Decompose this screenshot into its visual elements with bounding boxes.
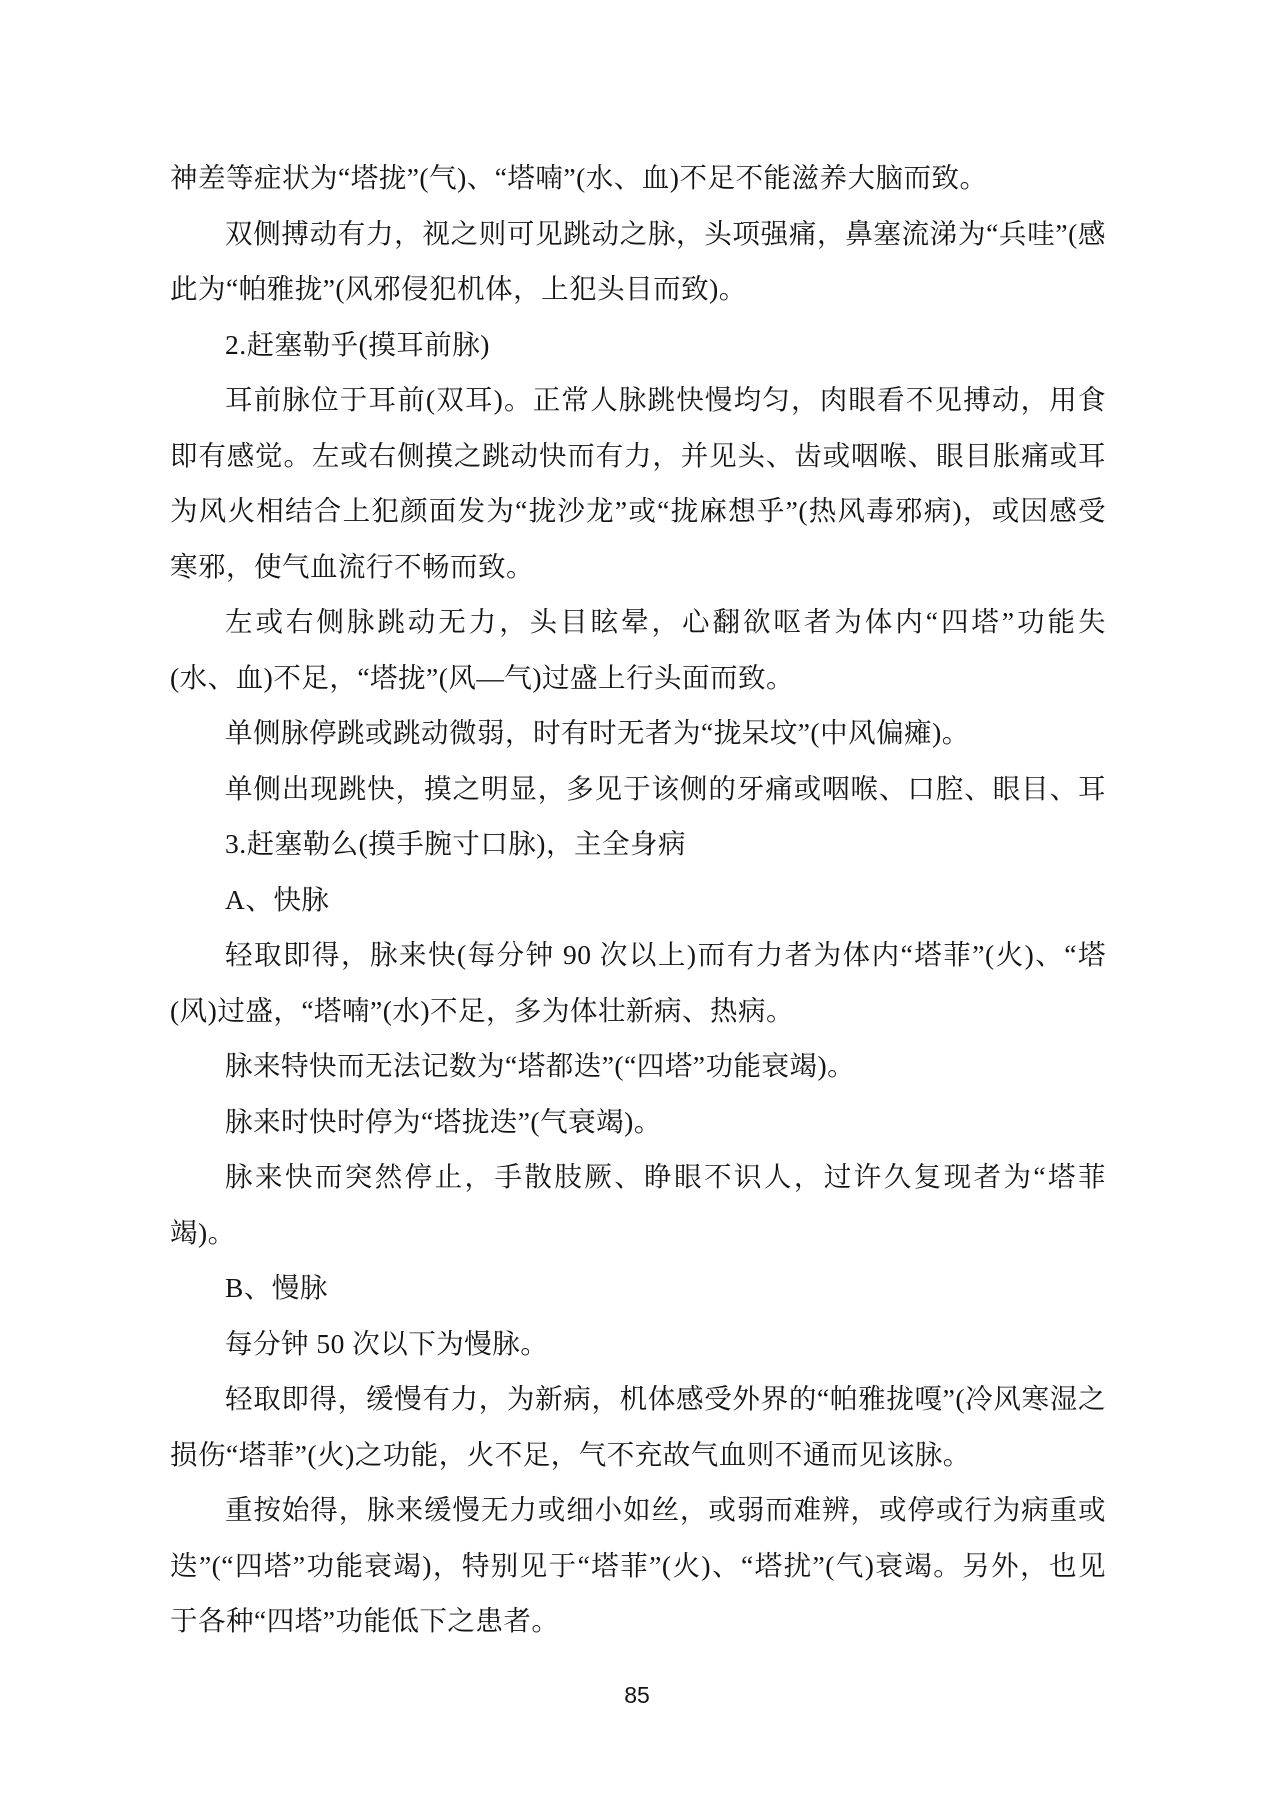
- text-line: 3.赶塞勒么(摸手腕寸口脉)，主全身病: [170, 816, 1106, 872]
- text-line: 单侧出现跳快，摸之明显，多见于该侧的牙痛或咽喉、口腔、眼目、耳疼痛。: [170, 761, 1106, 817]
- text-line: 耳前脉位于耳前(双耳)。正常人脉跳快慢均匀，肉眼看不见搏动，用食指肚摸之: [170, 372, 1106, 428]
- text-line: 损伤“塔菲”(火)之功能，火不足，气不充故气血则不通而见该脉。: [170, 1427, 1106, 1483]
- text-line: 此为“帕雅拢”(风邪侵犯机体，上犯头目而致)。: [170, 261, 1106, 317]
- text-line: (风)过盛，“塔喃”(水)不足，多为体壮新病、热病。: [170, 983, 1106, 1039]
- text-line: 竭)。: [170, 1205, 1106, 1261]
- text-line: B、慢脉: [170, 1260, 1106, 1316]
- text-line: 脉来快而突然停止，手散肢厥、睁眼不识人，过许久复现者为“塔菲迭”(火衰: [170, 1149, 1106, 1205]
- text-line: 轻取即得，脉来快(每分钟 90 次以上)而有力者为体内“塔菲”(火)、“塔拢”: [170, 927, 1106, 983]
- text-line: 寒邪，使气血流行不畅而致。: [170, 539, 1106, 595]
- text-line: 左或右侧脉跳动无力，头目眩晕，心翻欲呕者为体内“四塔”功能失调，“塔喃”: [170, 594, 1106, 650]
- text-line: 于各种“四塔”功能低下之患者。: [170, 1593, 1106, 1649]
- document-page: 神差等症状为“塔拢”(气)、“塔喃”(水、血)不足不能滋养大脑而致。双侧搏动有力…: [0, 0, 1274, 1801]
- text-line: 脉来时快时停为“塔拢迭”(气衰竭)。: [170, 1094, 1106, 1150]
- text-line: 迭”(“四塔”功能衰竭)，特别见于“塔菲”(火)、“塔扰”(气)衰竭。另外，也见: [170, 1538, 1106, 1594]
- text-line: 双侧搏动有力，视之则可见跳动之脉，头项强痛，鼻塞流涕为“兵哇”(感冒)，: [170, 206, 1106, 262]
- text-line: 即有感觉。左或右侧摸之跳动快而有力，并见头、齿或咽喉、眼目胀痛或耳内外疼痛: [170, 428, 1106, 484]
- text-line: 单侧脉停跳或跳动微弱，时有时无者为“拢呆坟”(中风偏瘫)。: [170, 705, 1106, 761]
- text-line: 脉来特快而无法记数为“塔都迭”(“四塔”功能衰竭)。: [170, 1038, 1106, 1094]
- text-line: 2.赶塞勒乎(摸耳前脉): [170, 317, 1106, 373]
- text-line: 轻取即得，缓慢有力，为新病，机体感受外界的“帕雅拢嘎”(冷风寒湿之邪)而: [170, 1371, 1106, 1427]
- text-line: 神差等症状为“塔拢”(气)、“塔喃”(水、血)不足不能滋养大脑而致。: [170, 150, 1106, 206]
- text-line: 为风火相结合上犯颜面发为“拢沙龙”或“拢麻想乎”(热风毒邪病)，或因感受冷风: [170, 483, 1106, 539]
- page-number: 85: [624, 1682, 650, 1708]
- text-line: A、快脉: [170, 872, 1106, 928]
- text-line: 每分钟 50 次以下为慢脉。: [170, 1316, 1106, 1372]
- text-line: (水、血)不足，“塔拢”(风—气)过盛上行头面而致。: [170, 650, 1106, 706]
- text-line: 重按始得，脉来缓慢无力或细小如丝，或弱而难辨，或停或行为病重或为“塔都: [170, 1482, 1106, 1538]
- page-number-footer: 85: [0, 1682, 1274, 1709]
- page-content: 神差等症状为“塔拢”(气)、“塔喃”(水、血)不足不能滋养大脑而致。双侧搏动有力…: [170, 150, 1106, 1649]
